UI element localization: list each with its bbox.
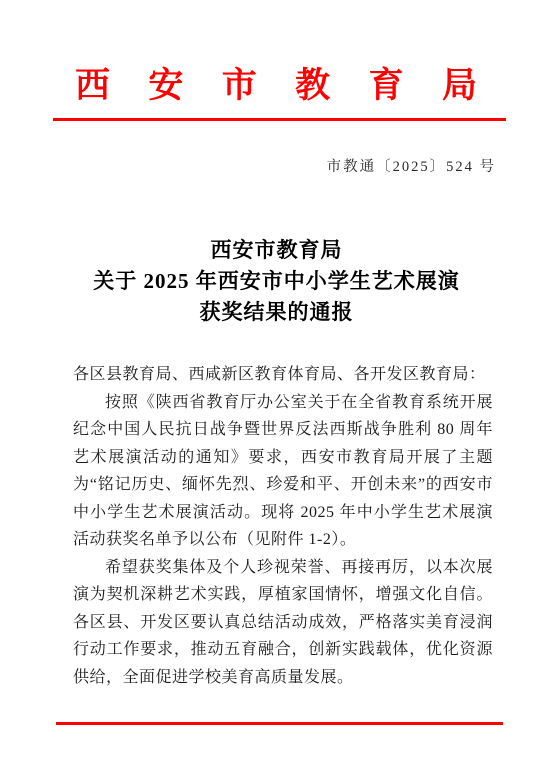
document-title: 西安市教育局 关于 2025 年西安市中小学生艺术展演 获奖结果的通报 bbox=[0, 235, 553, 328]
document-body: 各区县教育局、西咸新区教育体育局、各开发区教育局： 按照《陕西省教育厅办公室关于… bbox=[73, 361, 493, 691]
agency-name-char: 局 bbox=[442, 64, 477, 108]
document-title-line-1: 西安市教育局 bbox=[0, 235, 553, 266]
agency-name-char: 安 bbox=[148, 64, 183, 108]
document-number: 市教通〔2025〕524 号 bbox=[0, 157, 496, 177]
official-document-page: 西 安 市 教 育 局 市教通〔2025〕524 号 西安市教育局 关于 202… bbox=[0, 0, 553, 782]
red-separator-line-top bbox=[53, 118, 506, 121]
red-separator-line-bottom bbox=[56, 722, 503, 725]
agency-name-char: 育 bbox=[369, 64, 404, 108]
document-title-line-3: 获奖结果的通报 bbox=[0, 297, 553, 328]
body-paragraph-1: 按照《陕西省教育厅办公室关于在全省教育系统开展纪念中国人民抗日战争暨世界反法西斯… bbox=[73, 389, 493, 554]
agency-name-char: 教 bbox=[295, 64, 330, 108]
agency-name-char: 西 bbox=[75, 64, 110, 108]
agency-name-char: 市 bbox=[222, 64, 257, 108]
document-title-line-2: 关于 2025 年西安市中小学生艺术展演 bbox=[0, 266, 553, 297]
body-paragraph-2: 希望获奖集体及个人珍视荣誉、再接再厉，以本次展演为契机深耕艺术实践，厚植家国情怀… bbox=[73, 554, 493, 692]
agency-name: 西 安 市 教 育 局 bbox=[75, 64, 477, 108]
salutation-line: 各区县教育局、西咸新区教育体育局、各开发区教育局： bbox=[73, 361, 493, 389]
red-header-masthead: 西 安 市 教 育 局 bbox=[0, 0, 553, 121]
